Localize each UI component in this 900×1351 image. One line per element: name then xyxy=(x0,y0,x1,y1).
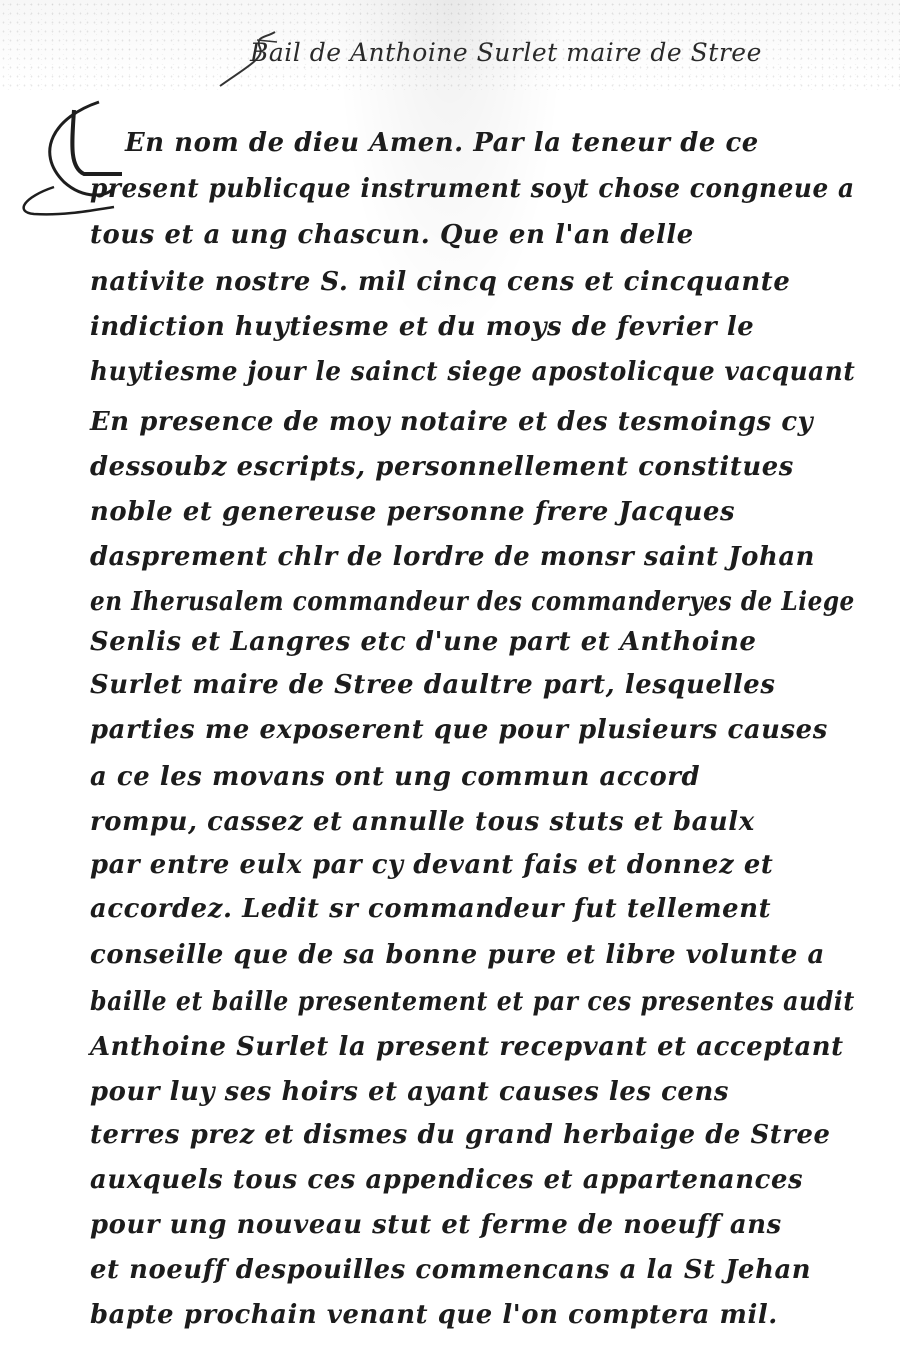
text-line-19: conseille que de sa bonne pure et libre … xyxy=(90,938,855,972)
text-line-18: accordez. Ledit sr commandeur fut tellem… xyxy=(90,892,855,926)
text-line-13: Surlet maire de Stree daultre part, lesq… xyxy=(90,668,855,702)
text-line-4: nativite nostre S. mil cincq cens et cin… xyxy=(90,265,855,299)
text-line-23: terres prez et dismes du grand herbaige … xyxy=(90,1118,855,1152)
manuscript-page: Bail de Anthoine Surlet maire de Stree E… xyxy=(0,0,900,1351)
text-line-17: par entre eulx par cy devant fais et don… xyxy=(90,848,855,882)
text-line-25: pour ung nouveau stut et ferme de noeuff… xyxy=(90,1208,855,1242)
text-line-3: tous et a ung chascun. Que en l'an delle xyxy=(90,218,855,252)
text-line-27: bapte prochain venant que l'on comptera … xyxy=(90,1298,855,1332)
text-line-8: dessoubz escripts, personnellement const… xyxy=(90,450,855,484)
text-line-15: a ce les movans ont ung commun accord xyxy=(90,760,855,794)
text-line-12: Senlis et Langres etc d'une part et Anth… xyxy=(90,625,855,659)
document-title: Bail de Anthoine Surlet maire de Stree xyxy=(250,38,762,67)
text-line-2: present publicque instrument soyt chose … xyxy=(90,172,824,206)
text-line-7: En presence de moy notaire et des tesmoi… xyxy=(90,405,855,439)
text-line-16: rompu, cassez et annulle tous stuts et b… xyxy=(90,805,855,839)
text-line-10: dasprement chlr de lordre de monsr saint… xyxy=(90,540,855,574)
text-line-24: auxquels tous ces appendices et apparten… xyxy=(90,1163,855,1197)
text-line-22: pour luy ses hoirs et ayant causes les c… xyxy=(90,1075,855,1109)
text-line-20: baille et baille presentement et par ces… xyxy=(90,985,790,1019)
text-line-9: noble et genereuse personne frere Jacque… xyxy=(90,495,855,529)
text-line-26: et noeuff despouilles commencans a la St… xyxy=(90,1253,855,1287)
text-line-1: En nom de dieu Amen. Par la teneur de ce xyxy=(125,126,855,160)
text-line-6: huytiesme jour le sainct siege apostolic… xyxy=(90,355,824,389)
text-line-5: indiction huytiesme et du moys de fevrie… xyxy=(90,310,855,344)
text-line-11: en Iherusalem commandeur des commanderye… xyxy=(90,585,776,619)
text-line-14: parties me exposerent que pour plusieurs… xyxy=(90,713,855,747)
text-line-21: Anthoine Surlet la present recepvant et … xyxy=(90,1030,855,1064)
